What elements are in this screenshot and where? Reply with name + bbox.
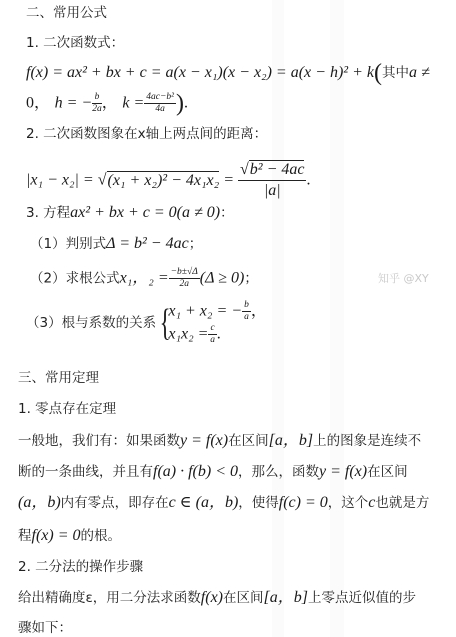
item-title-quadratic-forms: 1. 二次函数式： [26,33,124,53]
item-title-root-distance: 2. 二次函数图象在x轴上两点间的距离： [26,124,267,144]
watermark: 知乎 @XY [378,270,429,286]
vieta-system: x₁ + x₂ = −ba， x₁x₂ =ca. [168,300,266,346]
distance-fraction: √b² − 4ac|a| [238,160,306,201]
paragraph-line: 给出精确度ε，用二分法求函数f(x)在区间[a，b]上零点近似值的步 [18,588,416,608]
paragraph-line: 骤如下： [18,618,72,637]
section-heading-formulas: 二、常用公式 [26,3,107,23]
paragraph-line: 断的一条曲线，并且有f(a) · f(b) < 0，那么，函数y = f(x)在… [18,462,408,482]
paragraph-line: (a，b)内有零点，即存在c ∈ (a，b)，使得f(c) = 0，这个c也就是… [18,493,429,513]
paragraph-line: 程f(x) = 0的根。 [18,526,121,546]
k-denominator: 4a [144,104,176,115]
big-paren-open: ( [374,60,382,86]
discriminant-formula: Δ = b² − 4ac [106,235,189,252]
root-condition: (Δ ≥ 0) [200,270,245,287]
formula-h-k: 0， h = −b2a， k =4ac−b²4a). [26,92,188,115]
k-label: k = [122,95,144,112]
h-denominator: 2a [92,104,102,115]
discriminant-line: （1）判别式Δ = b² − 4ac； [30,234,202,254]
big-paren-close: ) [176,91,184,117]
brace: { [160,313,171,333]
section-heading-theorems: 三、常用定理 [18,368,99,388]
k-numerator: 4ac−b² [144,92,176,104]
root-formula-line: （2）求根公式x₁，₂ =−b±√Δ2a(Δ ≥ 0)； [30,267,258,290]
h-label: h = − [55,95,93,112]
background-band [330,0,344,637]
h-numerator: b [92,92,102,104]
formula-quadratic-forms: f(x) = ax² + bx + c = a(x − x₁)(x − x₂) … [26,63,430,83]
paragraph-line: 一般地，我们有：如果函数y = f(x)在区间[a，b]上的图象是连续不 [18,431,421,451]
condition-a: a ≠ [409,64,430,81]
condition-prefix: 其中 [382,65,409,81]
root-formula-lhs: x₁，₂ = [120,270,169,287]
vieta-line: （3）根与系数的关系{ x₁ + x₂ = −ba， x₁x₂ =ca. [26,300,267,344]
formula-lhs: f(x) = ax² + bx + c = a(x − x₁)(x − x₂) … [26,64,374,81]
k-fraction: 4ac−b²4a [144,92,176,115]
sqrt-body: (x₁ + x₂)² − 4x₁x₂ [107,171,220,189]
distance-denominator: |a| [238,181,306,201]
background-band [272,0,284,637]
item-title-bisection: 2. 二分法的操作步骤 [18,557,143,577]
equation-formula: ax² + bx + c = 0(a ≠ 0) [70,204,220,221]
distance-numerator: √b² − 4ac [238,160,306,181]
root-fraction: −b±√Δ2a [169,267,200,290]
distance-lhs: |x₁ − x₂| = [26,172,98,189]
item-title-equation: 3. 方程ax² + bx + c = 0(a ≠ 0)： [26,203,234,223]
formula-root-distance: |x₁ − x₂| = √(x₁ + x₂)² − 4x₁x₂ = √b² − … [26,160,310,201]
h-fraction: b2a [92,92,102,115]
item-title-zero-theorem: 1. 零点存在定理 [18,399,116,419]
condition-zero: 0， [26,95,50,112]
